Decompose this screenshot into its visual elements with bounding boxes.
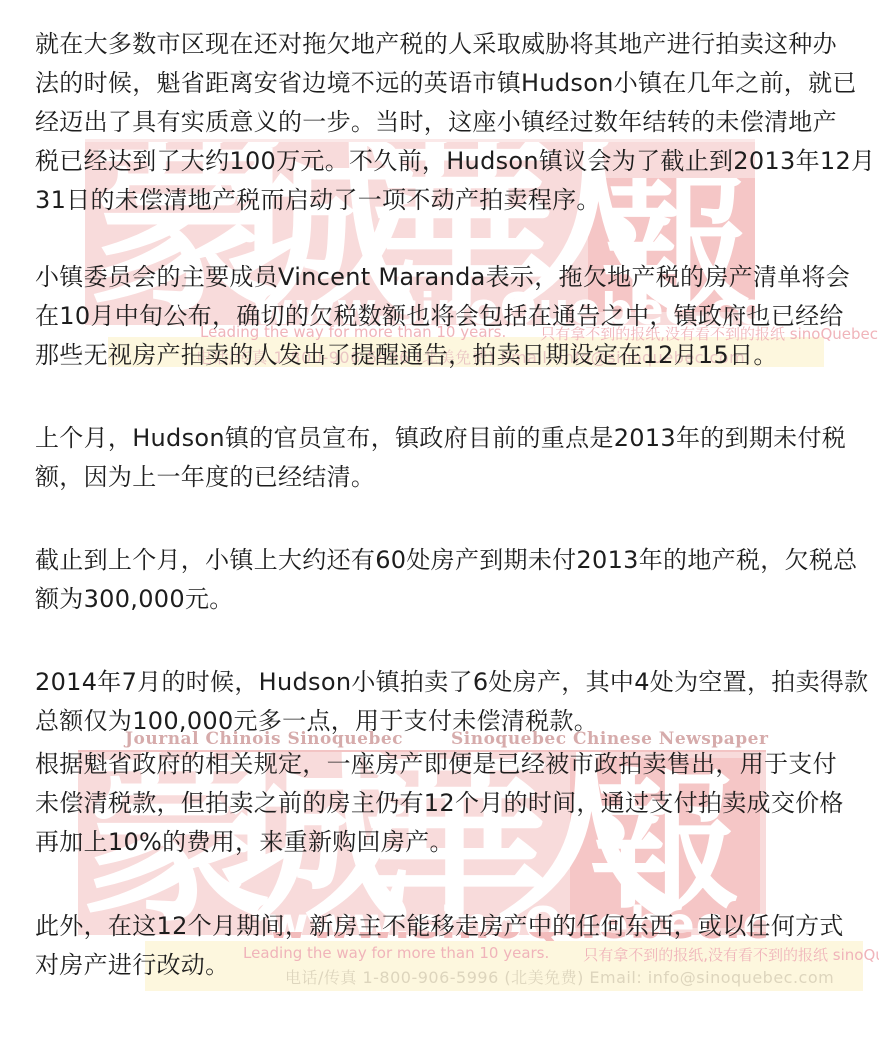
article-line: 对房产进行改动。 [35, 943, 844, 982]
article-line: 根据魁省政府的相关规定，一座房产即便是已经被市政拍卖售出，用于支付 [35, 742, 844, 781]
article-line: 法的时候，魁省距离安省边境不远的英语市镇Hudson小镇在几年之前，就已 [35, 61, 875, 100]
article-line: 再加上10%的费用，来重新购回房产。 [35, 820, 844, 859]
article-line: 那些无视房产拍卖的人发出了提醒通告，拍卖日期设定在12月15日。 [35, 333, 850, 372]
article-line: 此外，在这12个月期间，新房主不能移走房产中的任何东西，或以任何方式 [35, 904, 844, 943]
article-line: 在10月中旬公布，确切的欠税数额也将会包括在通告之中，镇政府也已经给 [35, 294, 850, 333]
article-line: 额为300,000元。 [35, 577, 857, 616]
article-line: 经迈出了具有实质意义的一步。当时，这座小镇经过数年结转的未偿清地产 [35, 100, 875, 139]
article-line: 31日的未偿清地产税而启动了一项不动产拍卖程序。 [35, 178, 875, 217]
article-body: 就在大多数市区现在还对拖欠地产税的人采取威胁将其地产进行拍卖这种办 法的时候，魁… [0, 0, 879, 1046]
article-line: 总额仅为100,000元多一点，用于支付未偿清税款。 [35, 699, 868, 738]
paragraph: 小镇委员会的主要成员Vincent Maranda表示，拖欠地产税的房产清单将会… [35, 255, 850, 372]
paragraph: 截止到上个月，小镇上大约还有60处房产到期未付2013年的地产税，欠税总 额为3… [35, 538, 857, 616]
article-line: 就在大多数市区现在还对拖欠地产税的人采取威胁将其地产进行拍卖这种办 [35, 22, 875, 61]
newspaper-article-page: 報 蒙 城 華 人 www.sinoQuebec.com Leading the… [0, 0, 879, 1046]
paragraph: 2014年7月的时候，Hudson小镇拍卖了6处房产，其中4处为空置，拍卖得款 … [35, 660, 868, 738]
paragraph: 就在大多数市区现在还对拖欠地产税的人采取威胁将其地产进行拍卖这种办 法的时候，魁… [35, 22, 875, 217]
article-line: 未偿清税款，但拍卖之前的房主仍有12个月的时间，通过支付拍卖成交价格 [35, 781, 844, 820]
article-line: 上个月，Hudson镇的官员宣布，镇政府目前的重点是2013年的到期未付税 [35, 416, 846, 455]
article-line: 截止到上个月，小镇上大约还有60处房产到期未付2013年的地产税，欠税总 [35, 538, 857, 577]
paragraph: 根据魁省政府的相关规定，一座房产即便是已经被市政拍卖售出，用于支付 未偿清税款，… [35, 742, 844, 859]
article-line: 2014年7月的时候，Hudson小镇拍卖了6处房产，其中4处为空置，拍卖得款 [35, 660, 868, 699]
paragraph: 此外，在这12个月期间，新房主不能移走房产中的任何东西，或以任何方式 对房产进行… [35, 904, 844, 982]
article-line: 税已经达到了大约100万元。不久前，Hudson镇议会为了截止到2013年12月 [35, 139, 875, 178]
article-line: 小镇委员会的主要成员Vincent Maranda表示，拖欠地产税的房产清单将会 [35, 255, 850, 294]
article-line: 额，因为上一年度的已经结清。 [35, 455, 846, 494]
paragraph: 上个月，Hudson镇的官员宣布，镇政府目前的重点是2013年的到期未付税 额，… [35, 416, 846, 494]
